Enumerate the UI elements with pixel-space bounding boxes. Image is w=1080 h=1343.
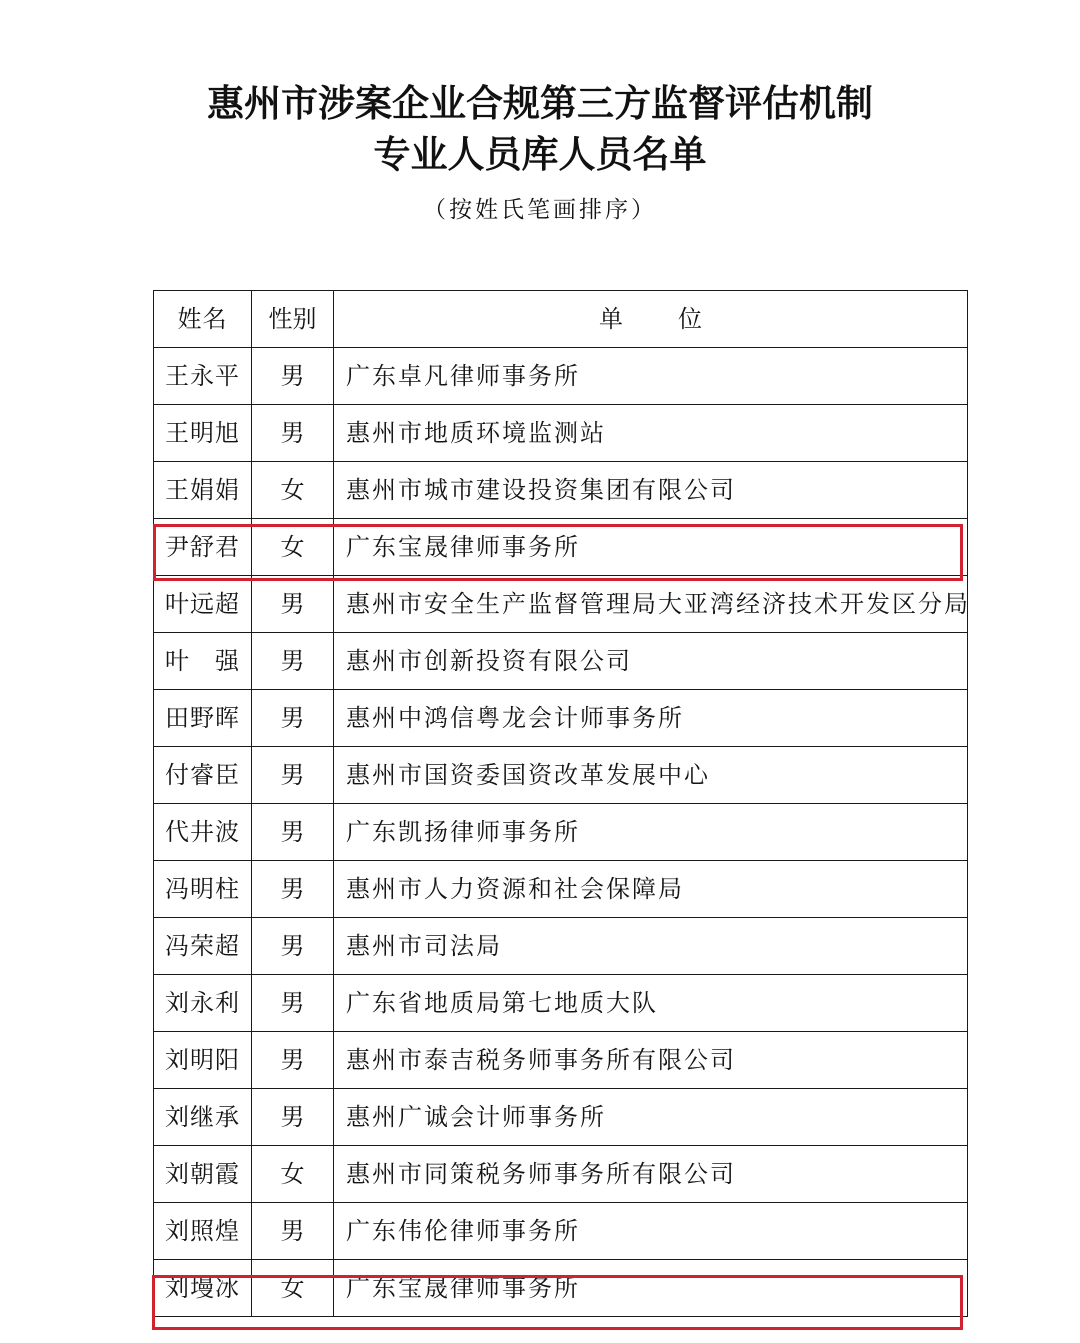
row-name: 王永平 xyxy=(154,348,252,405)
table-header-row: 姓名 性别 单位 xyxy=(154,291,968,348)
row-name: 冯明柱 xyxy=(154,861,252,918)
row-gender: 男 xyxy=(252,975,334,1032)
row-unit: 广东凯扬律师事务所 xyxy=(334,804,968,861)
row-name: 冯荣超 xyxy=(154,918,252,975)
row-unit: 惠州市地质环境监测站 xyxy=(334,405,968,462)
row-unit: 惠州市国资委国资改革发展中心 xyxy=(334,747,968,804)
document-title-line1: 惠州市涉案企业合规第三方监督评估机制 xyxy=(0,80,1080,128)
row-gender: 男 xyxy=(252,405,334,462)
row-gender: 男 xyxy=(252,348,334,405)
row-unit: 广东宝晟律师事务所 xyxy=(334,519,968,576)
table-row: 王永平 男 广东卓凡律师事务所 xyxy=(154,348,968,405)
row-name: 叶远超 xyxy=(154,576,252,633)
row-name: 刘朝霞 xyxy=(154,1146,252,1203)
row-gender: 男 xyxy=(252,633,334,690)
table-row-highlighted: 刘墁冰 女 广东宝晟律师事务所 xyxy=(154,1260,968,1317)
row-unit: 惠州市安全生产监督管理局大亚湾经济技术开发区分局 xyxy=(334,576,968,633)
row-gender: 男 xyxy=(252,804,334,861)
row-unit: 惠州市司法局 xyxy=(334,918,968,975)
document-subtitle: （按姓氏笔画排序） xyxy=(0,192,1080,228)
row-name: 付睿臣 xyxy=(154,747,252,804)
row-unit: 广东伟伦律师事务所 xyxy=(334,1203,968,1260)
row-gender: 男 xyxy=(252,861,334,918)
row-name: 王娟娟 xyxy=(154,462,252,519)
table-row: 冯荣超 男 惠州市司法局 xyxy=(154,918,968,975)
header-unit: 单位 xyxy=(334,291,968,348)
table-row: 田野晖 男 惠州中鸿信粤龙会计师事务所 xyxy=(154,690,968,747)
row-gender: 男 xyxy=(252,1032,334,1089)
table-row: 叶远超 男 惠州市安全生产监督管理局大亚湾经济技术开发区分局 xyxy=(154,576,968,633)
row-name: 王明旭 xyxy=(154,405,252,462)
row-name: 叶 强 xyxy=(154,633,252,690)
row-unit: 惠州中鸿信粤龙会计师事务所 xyxy=(334,690,968,747)
personnel-roster-table: 姓名 性别 单位 王永平 男 广东卓凡律师事务所 王明旭 男 惠州市地质环境监测… xyxy=(153,290,968,1317)
table-row-highlighted: 尹舒君 女 广东宝晟律师事务所 xyxy=(154,519,968,576)
row-gender: 女 xyxy=(252,519,334,576)
row-gender: 男 xyxy=(252,747,334,804)
row-name: 刘继承 xyxy=(154,1089,252,1146)
table-row: 王明旭 男 惠州市地质环境监测站 xyxy=(154,405,968,462)
table-row: 刘永利 男 广东省地质局第七地质大队 xyxy=(154,975,968,1032)
table-row: 刘明阳 男 惠州市泰吉税务师事务所有限公司 xyxy=(154,1032,968,1089)
row-unit: 惠州市城市建设投资集团有限公司 xyxy=(334,462,968,519)
row-name: 刘明阳 xyxy=(154,1032,252,1089)
row-unit: 惠州广诚会计师事务所 xyxy=(334,1089,968,1146)
row-name: 刘永利 xyxy=(154,975,252,1032)
table-row: 叶 强 男 惠州市创新投资有限公司 xyxy=(154,633,968,690)
row-unit: 惠州市同策税务师事务所有限公司 xyxy=(334,1146,968,1203)
row-unit: 广东卓凡律师事务所 xyxy=(334,348,968,405)
table-row: 刘朝霞 女 惠州市同策税务师事务所有限公司 xyxy=(154,1146,968,1203)
header-name: 姓名 xyxy=(154,291,252,348)
row-gender: 男 xyxy=(252,690,334,747)
row-name: 代井波 xyxy=(154,804,252,861)
row-gender: 女 xyxy=(252,462,334,519)
row-unit: 惠州市泰吉税务师事务所有限公司 xyxy=(334,1032,968,1089)
table-row: 冯明柱 男 惠州市人力资源和社会保障局 xyxy=(154,861,968,918)
row-gender: 男 xyxy=(252,918,334,975)
row-gender: 男 xyxy=(252,1089,334,1146)
table-row: 代井波 男 广东凯扬律师事务所 xyxy=(154,804,968,861)
table-row: 王娟娟 女 惠州市城市建设投资集团有限公司 xyxy=(154,462,968,519)
row-unit: 广东省地质局第七地质大队 xyxy=(334,975,968,1032)
header-unit-part2: 位 xyxy=(678,305,702,333)
row-name: 尹舒君 xyxy=(154,519,252,576)
table-row: 刘照煌 男 广东伟伦律师事务所 xyxy=(154,1203,968,1260)
table-row: 刘继承 男 惠州广诚会计师事务所 xyxy=(154,1089,968,1146)
row-unit: 广东宝晟律师事务所 xyxy=(334,1260,968,1317)
row-unit: 惠州市创新投资有限公司 xyxy=(334,633,968,690)
header-gender: 性别 xyxy=(252,291,334,348)
row-name: 刘照煌 xyxy=(154,1203,252,1260)
document-title-line2: 专业人员库人员名单 xyxy=(0,131,1080,179)
row-name: 刘墁冰 xyxy=(154,1260,252,1317)
row-gender: 女 xyxy=(252,1146,334,1203)
row-gender: 男 xyxy=(252,576,334,633)
header-unit-part1: 单 xyxy=(599,305,623,333)
row-unit: 惠州市人力资源和社会保障局 xyxy=(334,861,968,918)
row-gender: 女 xyxy=(252,1260,334,1317)
row-name: 田野晖 xyxy=(154,690,252,747)
row-gender: 男 xyxy=(252,1203,334,1260)
table-row: 付睿臣 男 惠州市国资委国资改革发展中心 xyxy=(154,747,968,804)
